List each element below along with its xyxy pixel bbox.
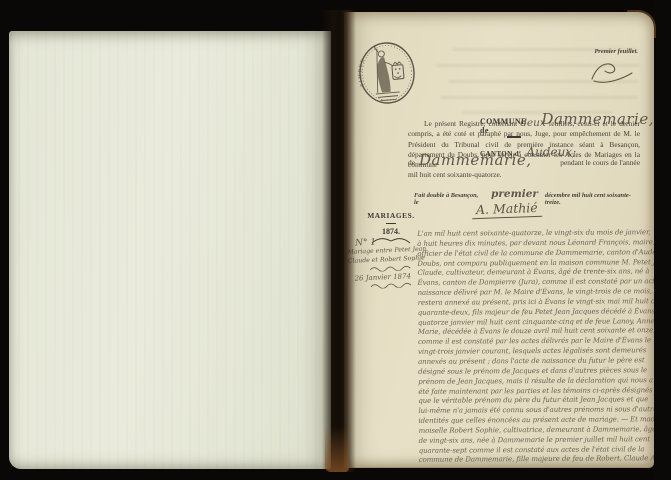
judge-signature-text: A. Mathié [472, 200, 542, 219]
judge-signature: A. Mathié [442, 201, 572, 218]
preamble-text: de [408, 158, 415, 167]
commune-fillin-handwritten: Dammemarie, [419, 151, 532, 169]
register-scan: TIMBRE COMMUNE de Dammemarie, CANTON d' … [0, 0, 671, 480]
certification-date-handwritten: premier [491, 188, 538, 200]
show-through-mark [440, 96, 638, 99]
marriage-act-body: L'an mil huit cent soixante-quatorze, le… [417, 228, 654, 466]
cover-edge [654, 0, 671, 480]
sheets-count-handwritten: deux [520, 117, 546, 129]
preamble-year-line: mil huit cent soixante-quatorze. [408, 170, 502, 179]
wavy-flourish-icon [370, 281, 414, 289]
act-line: commune de Dammemarie, fille majeure de … [419, 455, 654, 467]
margin-divider [386, 223, 396, 224]
folio-note: Premier feuillet. [594, 48, 638, 55]
preamble-text: pendant le cours de l'année [560, 158, 640, 167]
preamble-commune-line: de Dammemarie, pendant le cours de l'ann… [408, 151, 640, 169]
section-title: MARIAGES. [358, 211, 424, 220]
blank-facing-page [9, 31, 331, 469]
revenue-stamp-icon: TIMBRE [353, 37, 421, 108]
preamble-text: Le présent Registre, contenant [424, 119, 517, 128]
folio-paraph-icon [588, 59, 634, 85]
wavy-flourish-icon [369, 264, 413, 272]
register-page: TIMBRE COMMUNE de Dammemarie, CANTON d' … [344, 12, 654, 468]
